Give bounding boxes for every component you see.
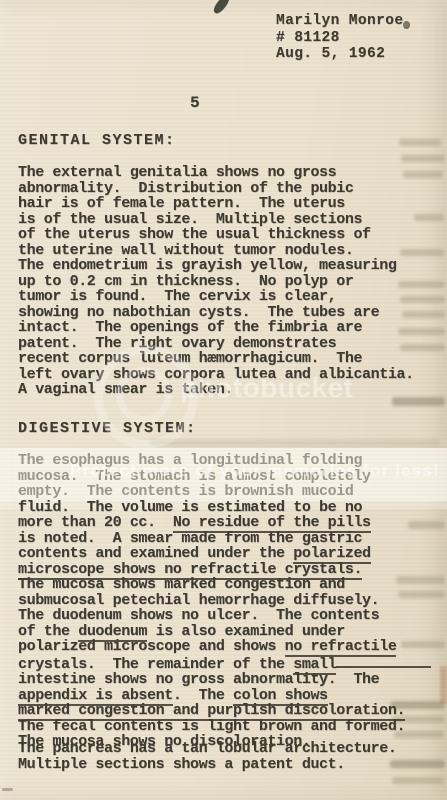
typed-text: patent. The right ovary demonstrates	[18, 335, 336, 352]
typed-line: marked congestion and purplish discolora…	[18, 703, 439, 719]
typed-line: intact. The openings of the fimbria are	[18, 320, 439, 336]
typed-text: crystals. The remainder of the	[18, 656, 293, 673]
typed-line: fluid. The volume is estimated to be no	[18, 500, 439, 516]
typed-line: appendix is absent. The colon shows	[18, 688, 439, 704]
typed-line: The external genitalia shows no gross	[18, 165, 439, 181]
autopsy-date: Aug. 5, 1962	[276, 46, 403, 63]
typed-text: The external genitalia shows no gross	[18, 164, 336, 181]
typed-line: polarized microscope and shows no refrac…	[18, 639, 439, 655]
typed-text: more than 20 cc.	[18, 514, 173, 531]
section-pancreas: The pancreas has a tan lobular architect…	[18, 741, 439, 772]
typed-line: hair is of female pattern. The uterus	[18, 196, 439, 212]
typed-line: up to 0.2 cm in thickness. No polyp or	[18, 274, 439, 290]
typed-text: of the uterus show the usual thickness o…	[18, 226, 371, 243]
bleed-through-smudge	[392, 397, 445, 406]
typed-text: . The	[173, 687, 233, 704]
section-body: The external genitalia shows no grossabn…	[18, 165, 439, 398]
typed-text: showing no nabothian cysts. The tubes ar…	[18, 304, 379, 321]
typed-line: tumor is found. The cervix is clear,	[18, 289, 439, 305]
typed-text: intestine shows no gross abnormality. Th…	[18, 671, 379, 688]
typed-line: crystals. The remainder of the small	[18, 655, 439, 673]
typed-text: of the	[18, 623, 78, 640]
ink-smudge-mark	[211, 0, 231, 16]
typed-text: empty. The contents is brownish mucoid	[18, 483, 353, 500]
typed-text: is of the usual size. Multiple sections	[18, 211, 362, 228]
typed-line: intestine shows no gross abnormality. Th…	[18, 672, 439, 688]
typed-line: microscope shows no refractile crystals.	[18, 562, 439, 578]
ink-dot-mark	[403, 21, 410, 29]
watermark-tagline: Protect more of your memories for less!	[70, 461, 440, 481]
section-heading: GENITAL SYSTEM:	[18, 132, 439, 149]
typed-text: submucosal petechial hemorrhage diffusel…	[18, 592, 379, 609]
edge-stain-mark	[440, 666, 447, 704]
typed-text	[336, 655, 431, 668]
typed-text: The fecal contents is light brown and fo…	[18, 718, 405, 735]
photobucket-logo-inner-icon	[116, 367, 172, 423]
typed-text: is noted. A smear made from the gastric	[18, 530, 362, 547]
typed-text: polarized microscope and shows	[18, 638, 285, 655]
typed-line: showing no nabothian cysts. The tubes ar…	[18, 305, 439, 321]
typed-text: The pancreas has a tan lobular architect…	[18, 740, 396, 757]
typed-line: submucosal petechial hemorrhage diffusel…	[18, 593, 439, 609]
watermark-brand: photobucket	[180, 372, 354, 404]
typed-text: recent corpus luteum hæmorrhagicum. The	[18, 350, 362, 367]
typed-line: of the uterus show the usual thickness o…	[18, 227, 439, 243]
typed-text: is also examined under	[147, 623, 345, 640]
typed-line: Multiple sections shows a patent duct.	[18, 757, 439, 773]
typed-line: is of the usual size. Multiple sections	[18, 212, 439, 228]
typed-line: abnormality. Distribution of the pubic	[18, 181, 439, 197]
page-number: 5	[190, 94, 201, 112]
section-genital-system: GENITAL SYSTEM: The external genitalia s…	[18, 132, 439, 398]
typed-line: recent corpus luteum hæmorrhagicum. The	[18, 351, 439, 367]
typed-line: of the duodenum is also examined under	[18, 624, 439, 640]
patient-name: Marilyn Monroe	[276, 13, 403, 30]
typed-text: intact. The openings of the fimbria are	[18, 319, 362, 336]
typed-text: Multiple sections shows a patent duct.	[18, 756, 345, 773]
typed-line: The pancreas has a tan lobular architect…	[18, 741, 439, 757]
typed-text: hair is of female pattern. The uterus	[18, 195, 345, 212]
section-heading: DIGESTIVE SYSTEM:	[18, 420, 439, 437]
typed-text: The endometrium is grayish yellow, measu…	[18, 257, 396, 274]
bleed-through-smudge	[392, 777, 444, 784]
typed-line: is noted. A smear made from the gastric	[18, 531, 439, 547]
typed-text: up to 0.2 cm in thickness. No polyp or	[18, 273, 353, 290]
typed-text: The duodenum shows no ulcer. The content…	[18, 607, 379, 624]
typed-text: fluid. The volume is estimated to be no	[18, 499, 362, 516]
typed-line: the uterine wall without tumor nodules.	[18, 243, 439, 259]
typed-line: The mucosa shows marked congestion and	[18, 577, 439, 593]
case-number: # 81128	[276, 30, 403, 47]
patient-header: Marilyn Monroe # 81128 Aug. 5, 1962	[276, 13, 403, 63]
typed-text: abnormality. Distribution of the pubic	[18, 180, 353, 197]
scanned-autopsy-page: Marilyn Monroe # 81128 Aug. 5, 1962 5 GE…	[0, 0, 447, 800]
typed-line: contents and examined under the polarize…	[18, 546, 439, 562]
section-body: The esophagus has a longitudinal folding…	[18, 453, 439, 750]
typed-text: tumor is found. The cervix is clear,	[18, 288, 336, 305]
typed-line: more than 20 cc. No residue of the pills	[18, 515, 439, 531]
section-body: The pancreas has a tan lobular architect…	[18, 741, 439, 772]
typed-line: The endometrium is grayish yellow, measu…	[18, 258, 439, 274]
typed-line: empty. The contents is brownish mucoid	[18, 484, 439, 500]
typed-line: The fecal contents is light brown and fo…	[18, 719, 439, 735]
typed-line: The duodenum shows no ulcer. The content…	[18, 608, 439, 624]
typed-text: The mucosa shows marked congestion and	[18, 576, 345, 593]
typed-text: contents and examined under the	[18, 545, 293, 562]
typed-line: patent. The right ovary demonstrates	[18, 336, 439, 352]
pencil-dash-mark	[2, 788, 13, 791]
typed-text: the uterine wall without tumor nodules.	[18, 242, 353, 259]
